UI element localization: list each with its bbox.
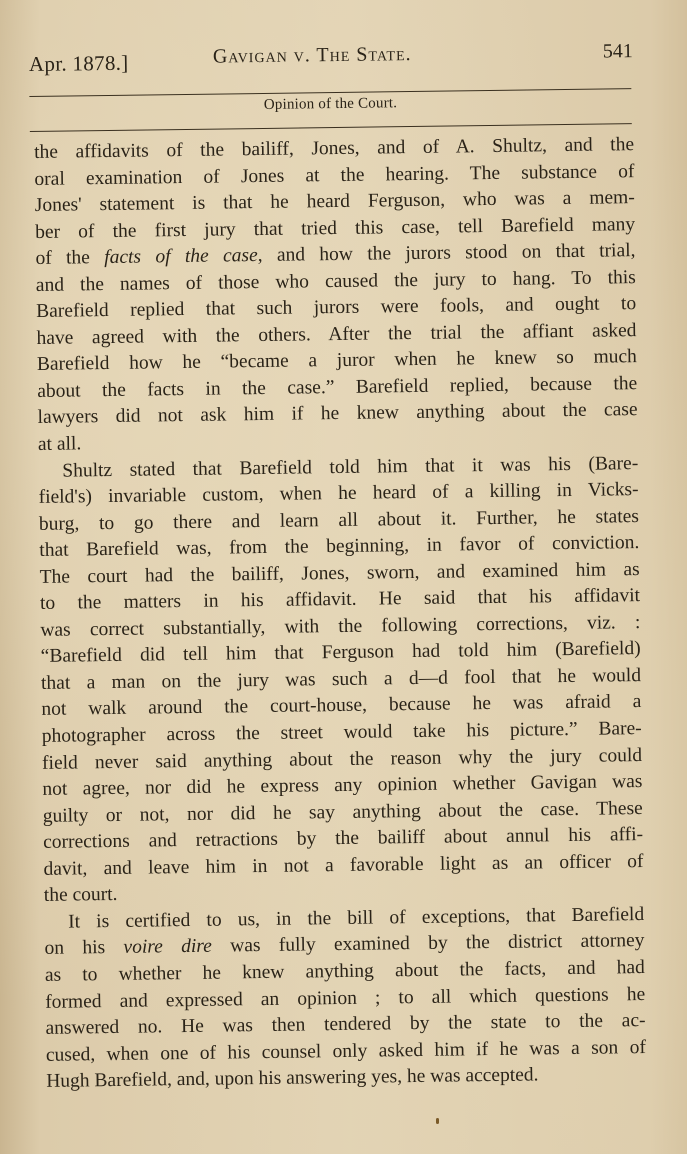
running-head-case-title: Gavigan v. The State. (213, 43, 412, 69)
page-number: 541 (603, 40, 633, 63)
running-head-date: Apr. 1878.] (29, 51, 129, 77)
section-heading: Opinion of the Court. (29, 92, 631, 117)
running-head: Apr. 1878.] Gavigan v. The State. 541 (29, 40, 633, 78)
ink-speck (436, 1118, 439, 1124)
opinion-body-text: the affidavits of the bailiff, Jones, an… (34, 132, 646, 1095)
book-page: Apr. 1878.] Gavigan v. The State. 541 Op… (0, 0, 687, 1154)
italic-phrase: voire dire (123, 936, 212, 958)
italic-phrase: facts of the case (104, 245, 258, 268)
header-rule-bottom (30, 123, 632, 132)
